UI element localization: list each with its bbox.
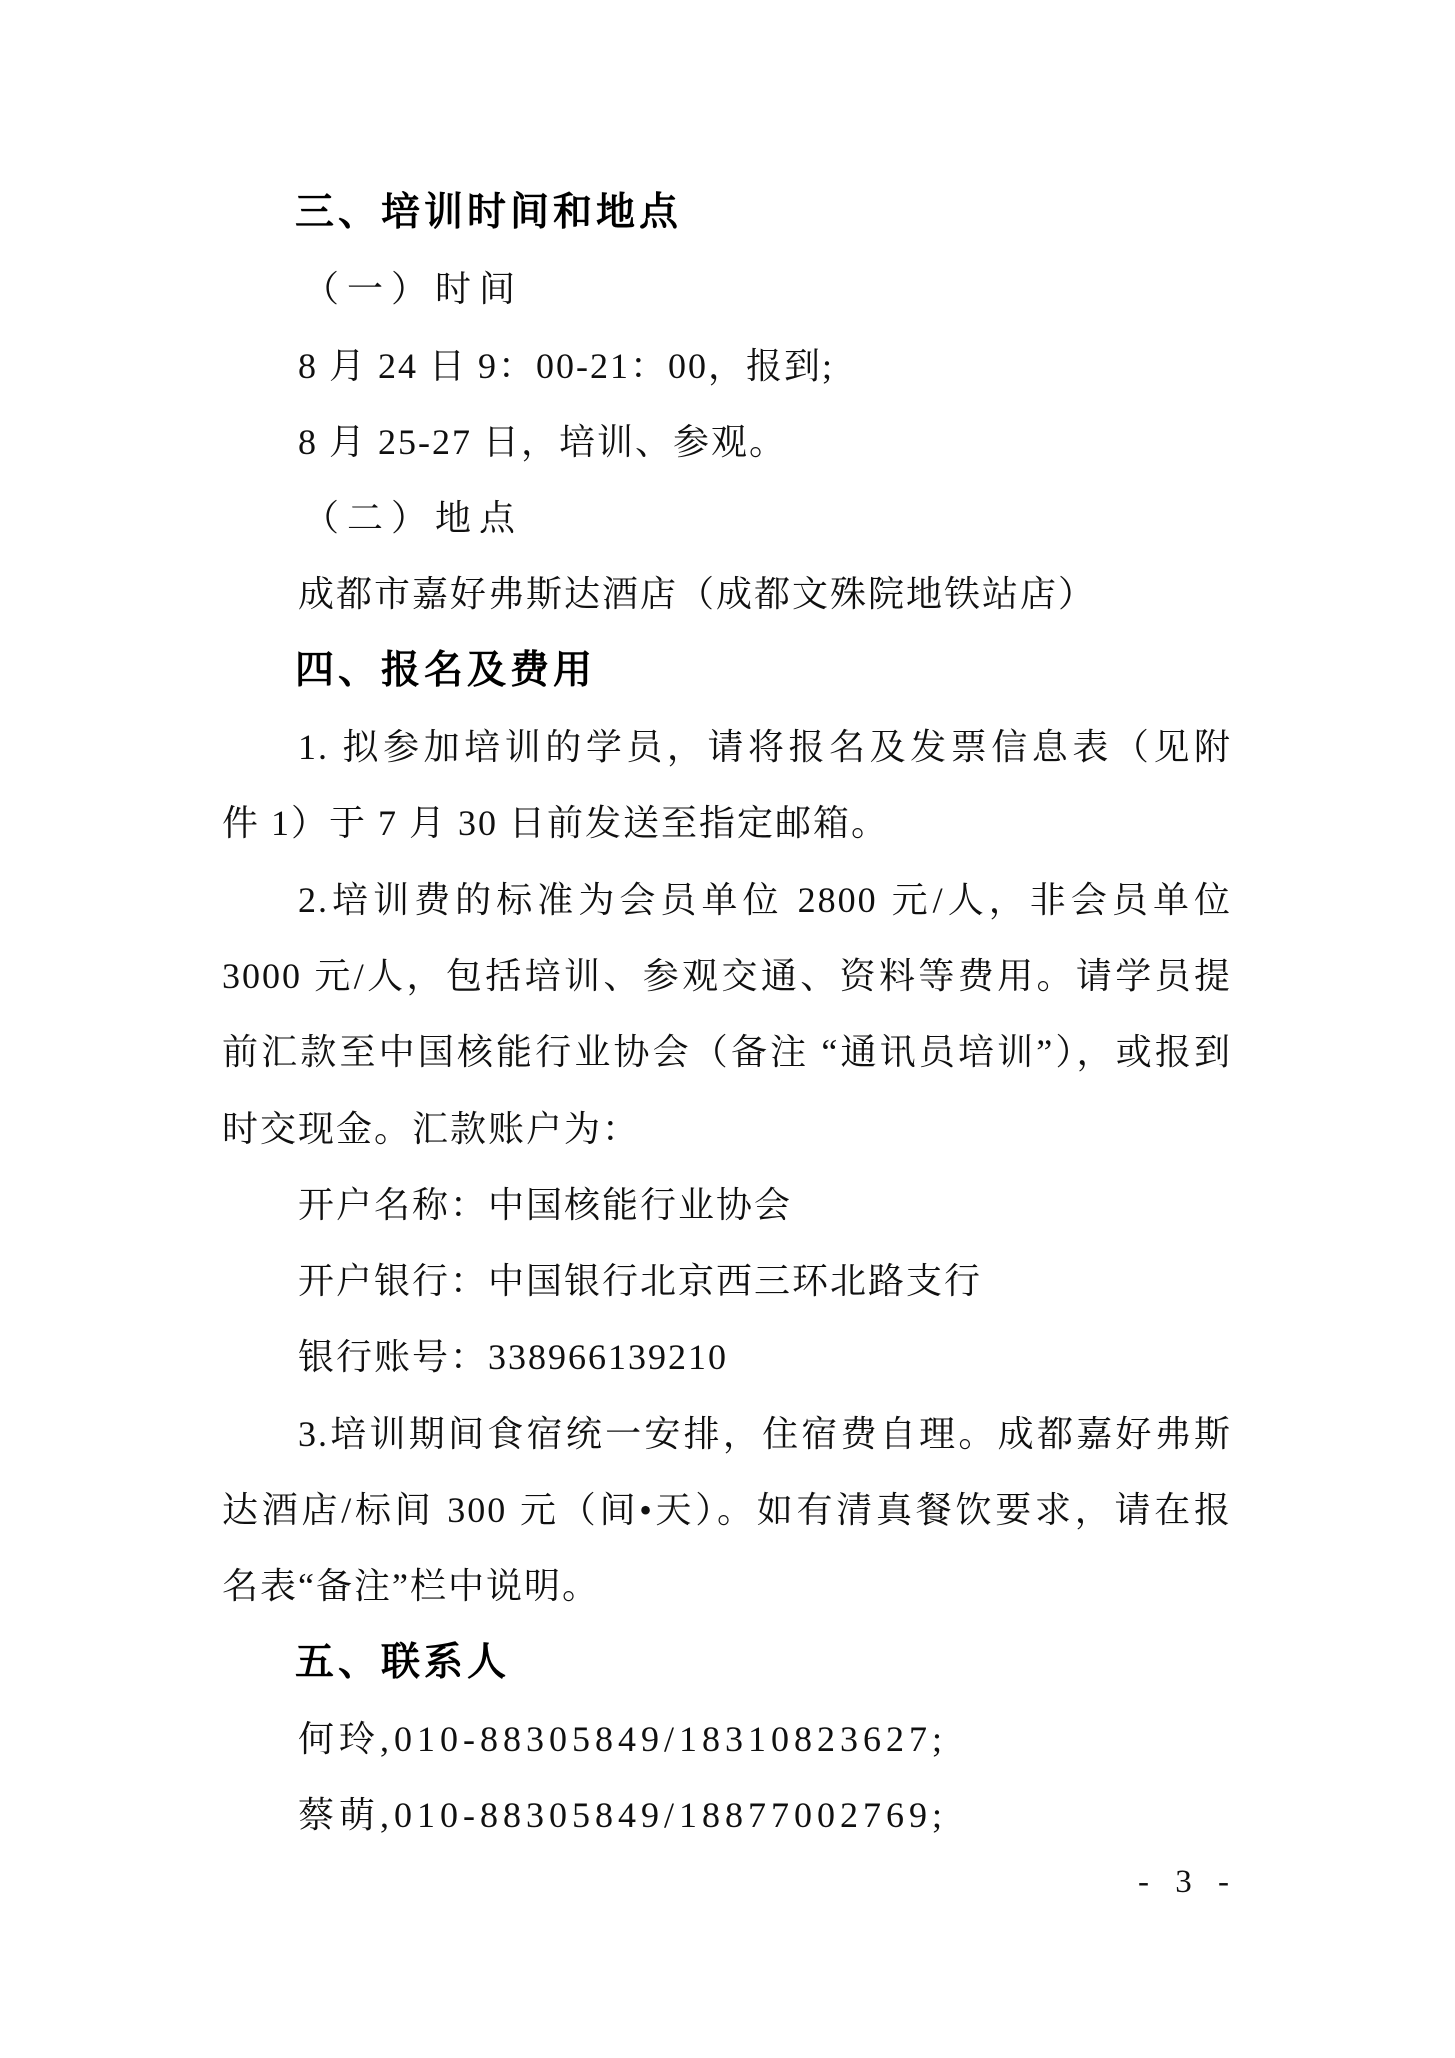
paragraph-3-line-3: 名表“备注”栏中说明。 (222, 1548, 1455, 1624)
contact-line-2: 蔡萌,010-88305849/18877002769; (298, 1777, 1455, 1853)
section-3-heading: 三、培训时间和地点 (295, 175, 1455, 251)
subsection-time-heading: （一）时间 (303, 251, 1455, 327)
page-number: - 3 - (1138, 1862, 1238, 1902)
paragraph-2-line-1: 2.培训费的标准为会员单位 2800 元/人，非会员单位 (298, 862, 1232, 938)
paragraph-3-line-2: 达酒店/标间 300 元（间•天）。如有清真餐饮要求，请在报 (222, 1472, 1232, 1548)
section-4-heading: 四、报名及费用 (295, 633, 1455, 709)
paragraph-3-line-1: 3.培训期间食宿统一安排，住宿费自理。成都嘉好弗斯 (298, 1396, 1232, 1472)
account-number-line: 银行账号：338966139210 (298, 1319, 1455, 1395)
location-line: 成都市嘉好弗斯达酒店（成都文殊院地铁站店） (298, 556, 1455, 632)
account-bank-line: 开户银行：中国银行北京西三环北路支行 (298, 1243, 1455, 1319)
time-line-registration: 8 月 24 日 9：00-21：00，报到; (298, 328, 1455, 404)
section-5-heading: 五、联系人 (295, 1625, 1455, 1701)
paragraph-2-line-4: 时交现金。汇款账户为： (222, 1091, 1455, 1167)
text-column: 三、培训时间和地点 （一）时间 8 月 24 日 9：00-21：00，报到; … (0, 175, 1455, 1854)
document-page: 三、培训时间和地点 （一）时间 8 月 24 日 9：00-21：00，报到; … (0, 0, 1455, 2058)
paragraph-2-line-2: 3000 元/人，包括培训、参观交通、资料等费用。请学员提 (222, 938, 1232, 1014)
time-line-training: 8 月 25-27 日，培训、参观。 (298, 404, 1455, 480)
account-name-line: 开户名称：中国核能行业协会 (298, 1167, 1455, 1243)
paragraph-2-line-3: 前汇款至中国核能行业协会（备注 “通讯员培训”），或报到 (222, 1014, 1232, 1090)
paragraph-1-line-1: 1. 拟参加培训的学员，请将报名及发票信息表（见附 (298, 709, 1232, 785)
subsection-location-heading: （二）地点 (303, 480, 1455, 556)
paragraph-1-line-2: 件 1）于 7 月 30 日前发送至指定邮箱。 (222, 785, 1455, 861)
contact-line-1: 何玲,010-88305849/18310823627; (298, 1701, 1455, 1777)
